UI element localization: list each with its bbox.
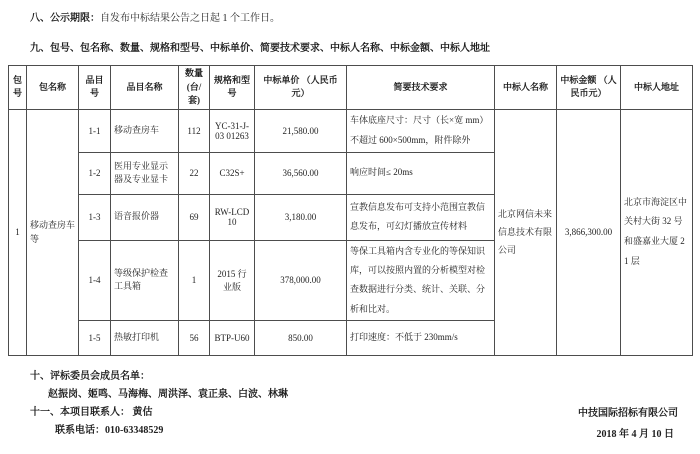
col-header-item-name: 品目名称 bbox=[111, 66, 179, 110]
cell-tech-req: 车体底座尺寸：尺寸（长×宽 mm）不超过 600×500mm，附件除外 bbox=[347, 109, 495, 152]
col-header-qty: 数量(台/套) bbox=[179, 66, 210, 110]
cell-item-no: 1-4 bbox=[79, 240, 111, 320]
committee-names: 赵振岗、姬鸣、马海梅、周洪泽、袁正泉、白波、林琳 bbox=[30, 386, 670, 404]
col-header-model: 规格和型号 bbox=[210, 66, 255, 110]
col-header-package-name: 包名称 bbox=[27, 66, 79, 110]
cell-unit-price: 21,580.00 bbox=[255, 109, 347, 152]
cell-winner-address: 北京市海淀区中关村大街 32 号和盛嘉业大厦 21 层 bbox=[621, 109, 693, 355]
contact-phone: 联系电话：010-63348529 bbox=[30, 422, 670, 440]
cell-winner-name: 北京网信未来信息技术有限公司 bbox=[495, 109, 557, 355]
bottom-sections: 十、评标委员会成员名单： 赵振岗、姬鸣、马海梅、周洪泽、袁正泉、白波、林琳 十一… bbox=[30, 368, 670, 440]
cell-model: BTP-U60 bbox=[210, 320, 255, 355]
col-header-package-no: 包号 bbox=[9, 66, 27, 110]
col-header-winner-name: 中标人名称 bbox=[495, 66, 557, 110]
col-header-tech-req: 简要技术要求 bbox=[347, 66, 495, 110]
cell-item-no: 1-3 bbox=[79, 194, 111, 240]
cell-tech-req: 等保工具箱内含专业化的等保知识库，可以按照内置的分析模型对检查数据进行分类、统计… bbox=[347, 240, 495, 320]
cell-item-no: 1-1 bbox=[79, 109, 111, 152]
cell-package-name: 移动查房车等 bbox=[27, 109, 79, 355]
cell-model: YC-31-J-03 01263 bbox=[210, 109, 255, 152]
col-header-unit-price: 中标单价 （人民币元） bbox=[255, 66, 347, 110]
section-publicity-period: 八、公示期限：自发布中标结果公告之日起 1 个工作日。 bbox=[30, 11, 670, 26]
table-header-row: 包号 包名称 品目号 品目名称 数量(台/套) 规格和型号 中标单价 （人民币元… bbox=[9, 66, 693, 110]
cell-unit-price: 850.00 bbox=[255, 320, 347, 355]
cell-tech-req: 响应时间≤ 20ms bbox=[347, 152, 495, 194]
col-header-award-amount: 中标金额 （人民币元） bbox=[557, 66, 621, 110]
signature-block: 中技国际招标有限公司 2018 年 4 月 10 日 bbox=[578, 404, 678, 446]
section8-text: 自发布中标结果公告之日起 1 个工作日。 bbox=[100, 13, 280, 24]
cell-item-no: 1-2 bbox=[79, 152, 111, 194]
col-header-item-no: 品目号 bbox=[79, 66, 111, 110]
cell-item-name: 移动查房车 bbox=[111, 109, 179, 152]
cell-model: C32S+ bbox=[210, 152, 255, 194]
phone-number: 010-63348529 bbox=[105, 425, 163, 436]
phone-label: 联系电话： bbox=[55, 425, 105, 436]
table-row: 1 移动查房车等 1-1 移动查房车 112 YC-31-J-03 01263 … bbox=[9, 109, 693, 152]
cell-package-no: 1 bbox=[9, 109, 27, 355]
contact-label: 十一、本项目联系人： bbox=[30, 407, 130, 418]
cell-qty: 1 bbox=[179, 240, 210, 320]
cell-award-amount: 3,866,300.00 bbox=[557, 109, 621, 355]
cell-qty: 22 bbox=[179, 152, 210, 194]
cell-item-no: 1-5 bbox=[79, 320, 111, 355]
issue-date: 2018 年 4 月 10 日 bbox=[578, 424, 678, 446]
section-award-summary-title: 九、包号、包名称、数量、规格和型号、中标单价、简要技术要求、中标人名称、中标金额… bbox=[30, 41, 670, 56]
award-result-table: 包号 包名称 品目号 品目名称 数量(台/套) 规格和型号 中标单价 （人民币元… bbox=[8, 65, 693, 356]
col-header-winner-address: 中标人地址 bbox=[621, 66, 693, 110]
cell-item-name: 语音报价器 bbox=[111, 194, 179, 240]
issuing-company: 中技国际招标有限公司 bbox=[578, 404, 678, 424]
cell-qty: 69 bbox=[179, 194, 210, 240]
cell-unit-price: 378,000.00 bbox=[255, 240, 347, 320]
cell-tech-req: 宣教信息发布可支持小范围宣教信息发布，可幻灯播放宣传材料 bbox=[347, 194, 495, 240]
cell-tech-req: 打印速度：不低于 230mm/s bbox=[347, 320, 495, 355]
cell-model: RW-LCD10 bbox=[210, 194, 255, 240]
cell-qty: 56 bbox=[179, 320, 210, 355]
cell-item-name: 热敏打印机 bbox=[111, 320, 179, 355]
section8-label: 八、公示期限： bbox=[30, 13, 100, 24]
cell-model: 2015 行业版 bbox=[210, 240, 255, 320]
section-contact: 十一、本项目联系人： 黄估 bbox=[30, 404, 670, 422]
cell-unit-price: 3,180.00 bbox=[255, 194, 347, 240]
cell-item-name: 医用专业显示器及专业显卡 bbox=[111, 152, 179, 194]
cell-item-name: 等级保护检查工具箱 bbox=[111, 240, 179, 320]
contact-name: 黄估 bbox=[133, 407, 153, 418]
document-page: 八、公示期限：自发布中标结果公告之日起 1 个工作日。 九、包号、包名称、数量、… bbox=[0, 0, 700, 454]
section-committee-label: 十、评标委员会成员名单： bbox=[30, 368, 670, 386]
cell-qty: 112 bbox=[179, 109, 210, 152]
cell-unit-price: 36,560.00 bbox=[255, 152, 347, 194]
